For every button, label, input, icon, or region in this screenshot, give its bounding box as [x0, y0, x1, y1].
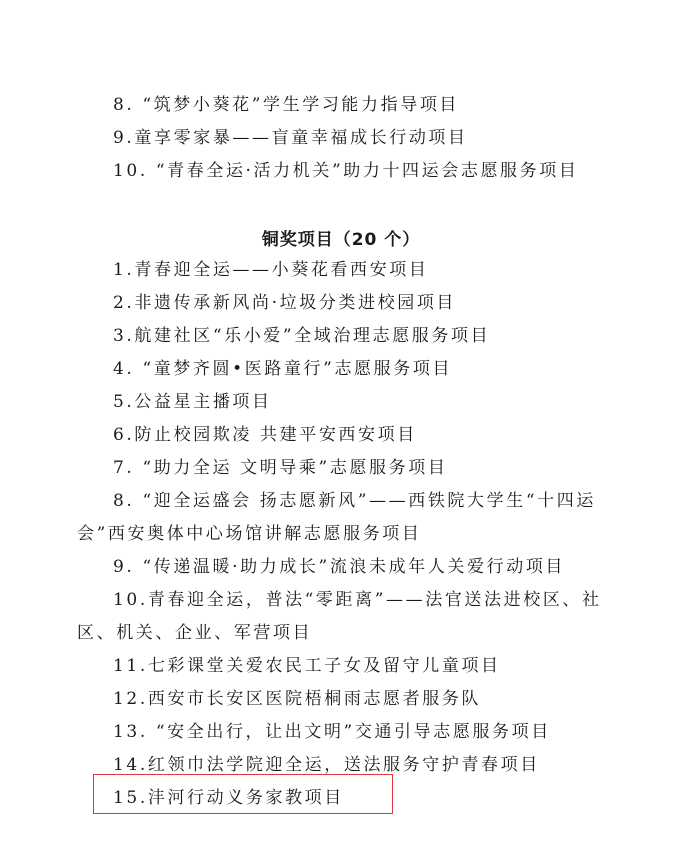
list-item-3: 3.航建社区“乐小爱”全域治理志愿服务项目 — [113, 325, 490, 347]
list-item-7: 7. “助力全运 文明导乘”志愿服务项目 — [113, 457, 447, 479]
list-item-9: 9. “传递温暖·助力成长”流浪未成年人关爱行动项目 — [113, 556, 565, 578]
list-item-8-continuation: 会”西安奥体中心场馆讲解志愿服务项目 — [77, 523, 422, 545]
list-item-10: 10.青春迎全运，普法“零距离”——法官送法进校区、社 — [113, 589, 602, 611]
list-item-prev-8: 8. “筑梦小葵花”学生学习能力指导项目 — [113, 94, 459, 116]
list-item-prev-9: 9.童享零家暴——盲童幸福成长行动项目 — [113, 127, 468, 149]
list-item-6: 6.防止校园欺凌 共建平安西安项目 — [113, 424, 417, 446]
list-item-11: 11.七彩课堂关爱农民工子女及留守儿童项目 — [113, 655, 501, 677]
list-item-prev-10: 10. “青春全运·活力机关”助力十四运会志愿服务项目 — [113, 160, 578, 182]
list-item-10-continuation: 区、机关、企业、军营项目 — [77, 622, 312, 644]
highlight-box — [93, 774, 393, 814]
list-item-12: 12.西安市长安区医院梧桐雨志愿者服务队 — [113, 688, 481, 710]
list-item-5: 5.公益星主播项目 — [113, 391, 272, 413]
list-item-14: 14.红领巾法学院迎全运，送法服务守护青春项目 — [113, 754, 540, 776]
list-item-8: 8. “迎全运盛会 扬志愿新风”——西铁院大学生“十四运 — [113, 490, 596, 512]
list-item-13: 13. “安全出行，让出文明”交通引导志愿服务项目 — [113, 721, 551, 743]
section-heading-bronze: 铜奖项目（20 个） — [0, 225, 682, 250]
list-item-4: 4. “童梦齐圆•医路童行”志愿服务项目 — [113, 358, 452, 380]
list-item-2: 2.非遗传承新风尚·垃圾分类进校园项目 — [113, 292, 456, 314]
list-item-1: 1.青春迎全运——小葵花看西安项目 — [113, 259, 428, 281]
